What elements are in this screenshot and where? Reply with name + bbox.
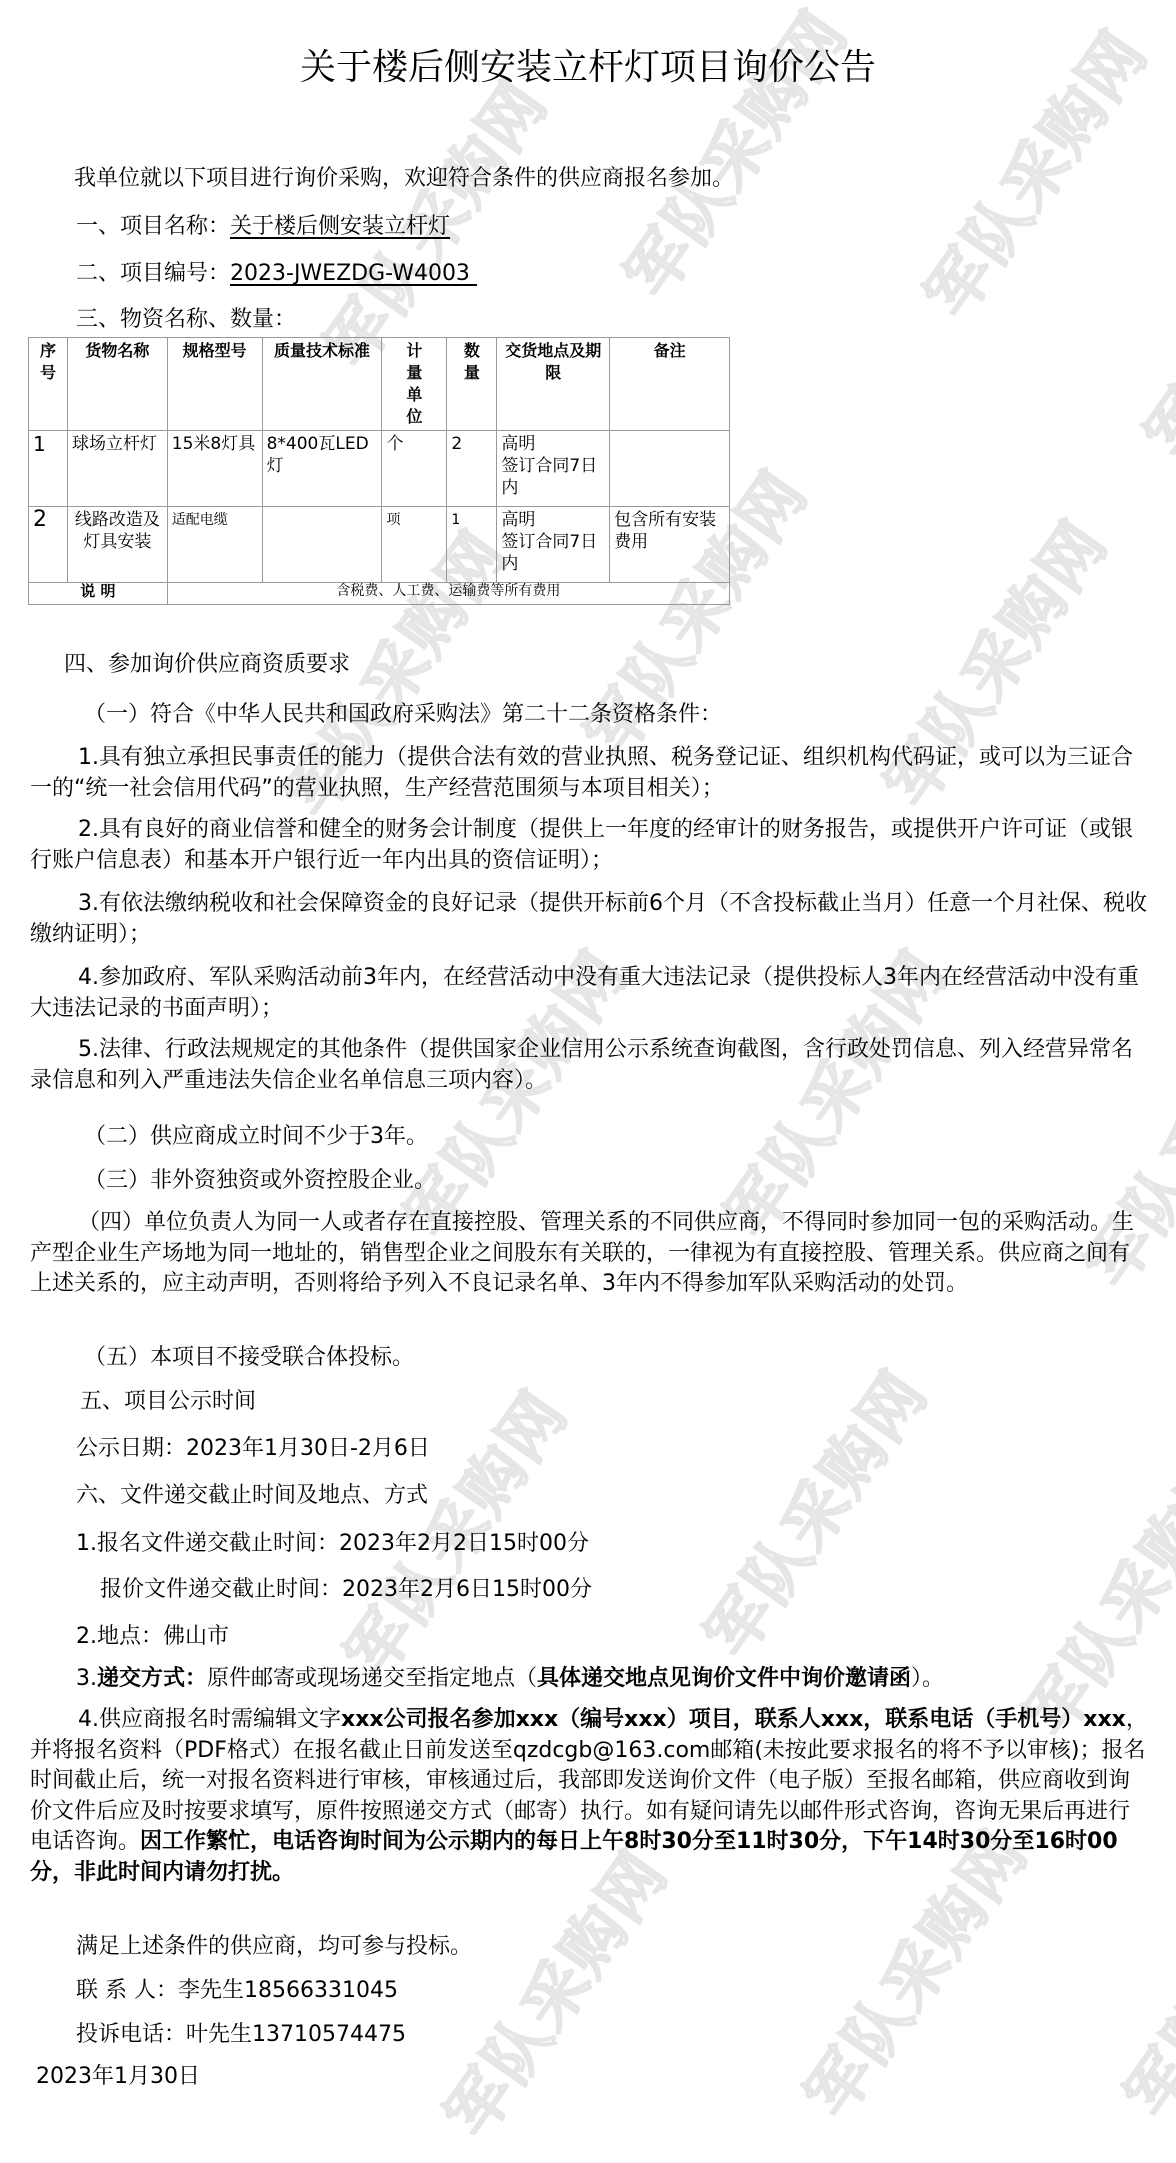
note-label: 说 明 bbox=[29, 583, 168, 605]
issue-date: 2023年1月30日 bbox=[36, 2062, 200, 2092]
complaint-phone: 投诉电话：叶先生13710574475 bbox=[76, 2020, 406, 2050]
cell-standard bbox=[262, 507, 382, 583]
table-row: 1 球场立杆灯 15米8灯具 8*400瓦LED灯 个 2 高明签订合同7日内 bbox=[29, 431, 730, 507]
header-cell: 数量 bbox=[447, 338, 497, 431]
method-prefix: 3. bbox=[76, 1666, 97, 1691]
delivery-term: 签订合同7日内 bbox=[501, 531, 605, 575]
cell-delivery: 高明签订合同7日内 bbox=[497, 431, 610, 507]
section4-sub5: （五）本项目不接受联合体投标。 bbox=[84, 1343, 414, 1373]
registration-deadline: 1.报名文件递交截止时间：2023年2月2日15时00分 bbox=[76, 1529, 589, 1559]
qualification-item-3: 3.有依法缴纳税收和社会保障资金的良好记录（提供开标前6个月（不含投标截止当月）… bbox=[30, 889, 1150, 950]
delivery-place: 高明 bbox=[501, 509, 605, 531]
cell-name: 线路改造及灯具安装 bbox=[67, 507, 167, 583]
table-row: 2 线路改造及灯具安装 适配电缆 项 1 高明签订合同7日内 包含所有安装费用 bbox=[29, 507, 730, 583]
header-cell: 货物名称 bbox=[67, 338, 167, 431]
method-suffix: ）。 bbox=[911, 1666, 944, 1691]
method-location-note: 具体递交地点见询价文件中询价邀请函 bbox=[537, 1666, 911, 1691]
section4-sub1: （一）符合《中华人民共和国政府采购法》第二十二条资格条件： bbox=[84, 700, 722, 730]
delivery-term: 签订合同7日内 bbox=[501, 455, 605, 499]
qualification-item-4: 4.参加政府、军队采购活动前3年内，在经营活动中没有重大违法记录（提供投标人3年… bbox=[30, 963, 1150, 1024]
section5-heading: 五、项目公示时间 bbox=[80, 1387, 256, 1417]
header-cell: 质量技术标准 bbox=[262, 338, 382, 431]
header-cell: 规格型号 bbox=[167, 338, 262, 431]
table-note-row: 说 明 含税费、人工费、运输费等所有费用 bbox=[29, 583, 730, 605]
contact-person: 联 系 人：李先生18566331045 bbox=[76, 1976, 398, 2006]
method-text: 原件邮寄或现场递交至指定地点（ bbox=[207, 1666, 537, 1691]
closing-statement: 满足上述条件的供应商，均可参与投标。 bbox=[76, 1932, 472, 1962]
section4-sub3: （三）非外资独资或外资控股企业。 bbox=[84, 1166, 436, 1196]
method-label: 递交方式： bbox=[97, 1666, 207, 1691]
note-value: 含税费、人工费、运输费等所有费用 bbox=[167, 583, 729, 605]
quotation-deadline: 报价文件递交截止时间：2023年2月6日15时00分 bbox=[100, 1575, 592, 1605]
intro-text: 我单位就以下项目进行询价采购，欢迎符合条件的供应商报名参加。 bbox=[74, 164, 734, 194]
item-name-label: 一、项目名称： bbox=[76, 214, 230, 239]
registration-instructions: 4.供应商报名时需编辑文字xxx公司报名参加xxx（编号xxx）项目，联系人xx… bbox=[30, 1705, 1150, 1888]
item-name-value: 关于楼后侧安装立杆灯 bbox=[230, 214, 450, 239]
cell-remark: 包含所有安装费用 bbox=[610, 507, 730, 583]
section4-sub2: （二）供应商成立时间不少于3年。 bbox=[84, 1122, 428, 1152]
phone-hours-note: 因工作繁忙，电话咨询时间为公示期内的每日上午8时30分至11时30分，下午14时… bbox=[30, 1829, 1118, 1885]
qualification-item-1: 1.具有独立承担民事责任的能力（提供合法有效的营业执照、税务登记证、组织机构代码… bbox=[30, 743, 1150, 804]
section6-heading: 六、文件递交截止时间及地点、方式 bbox=[76, 1481, 428, 1511]
cell-delivery: 高明签订合同7日内 bbox=[497, 507, 610, 583]
section4-heading: 四、参加询价供应商资质要求 bbox=[64, 650, 350, 680]
submission-method: 3.递交方式：原件邮寄或现场递交至指定地点（具体递交地点见询价文件中询价邀请函）… bbox=[76, 1664, 944, 1694]
instructions-format: xxx公司报名参加xxx（编号xxx）项目，联系人xxx，联系电话（手机号）xx… bbox=[341, 1707, 1126, 1732]
cell-qty: 1 bbox=[447, 507, 497, 583]
cell-unit: 项 bbox=[382, 507, 447, 583]
item-number-label: 二、项目编号： bbox=[76, 261, 230, 286]
cell-unit: 个 bbox=[382, 431, 447, 507]
table-header-row: 序号 货物名称 规格型号 质量技术标准 计量单位 数量 交货地点及期限 备注 bbox=[29, 338, 730, 431]
cell-name: 球场立杆灯 bbox=[67, 431, 167, 507]
cell-no: 2 bbox=[29, 507, 68, 583]
goods-heading: 三、物资名称、数量： bbox=[76, 305, 296, 335]
header-cell: 交货地点及期限 bbox=[497, 338, 610, 431]
document: 关于楼后侧安装立杆灯项目询价公告 我单位就以下项目进行询价采购，欢迎符合条件的供… bbox=[0, 0, 1176, 2163]
item-name-line: 一、项目名称：关于楼后侧安装立杆灯 bbox=[76, 212, 450, 242]
header-cell: 序号 bbox=[29, 338, 68, 431]
cell-no: 1 bbox=[29, 431, 68, 507]
cell-standard: 8*400瓦LED灯 bbox=[262, 431, 382, 507]
delivery-place: 高明 bbox=[501, 433, 605, 455]
page-title: 关于楼后侧安装立杆灯项目询价公告 bbox=[0, 44, 1176, 92]
goods-table: 序号 货物名称 规格型号 质量技术标准 计量单位 数量 交货地点及期限 备注 1… bbox=[28, 337, 730, 605]
cell-qty: 2 bbox=[447, 431, 497, 507]
instructions-text: 4.供应商报名时需编辑文字 bbox=[78, 1707, 341, 1732]
publicity-date: 公示日期：2023年1月30日-2月6日 bbox=[76, 1434, 430, 1464]
section4-sub4: （四）单位负责人为同一人或者存在直接控股、管理关系的不同供应商，不得同时参加同一… bbox=[30, 1208, 1150, 1300]
cell-spec: 适配电缆 bbox=[167, 507, 262, 583]
item-number-value: 2023-JWEZDG-W4003 bbox=[230, 261, 470, 286]
qualification-item-2: 2.具有良好的商业信誉和健全的财务会计制度（提供上一年度的经审计的财务报告，或提… bbox=[30, 815, 1150, 876]
cell-spec: 15米8灯具 bbox=[167, 431, 262, 507]
header-cell: 备注 bbox=[610, 338, 730, 431]
submission-place: 2.地点：佛山市 bbox=[76, 1622, 229, 1652]
qualification-item-5: 5.法律、行政法规规定的其他条件（提供国家企业信用公示系统查询截图，含行政处罚信… bbox=[30, 1035, 1150, 1096]
cell-remark bbox=[610, 431, 730, 507]
item-number-line: 二、项目编号：2023-JWEZDG-W4003 bbox=[76, 259, 477, 289]
header-cell: 计量单位 bbox=[382, 338, 447, 431]
